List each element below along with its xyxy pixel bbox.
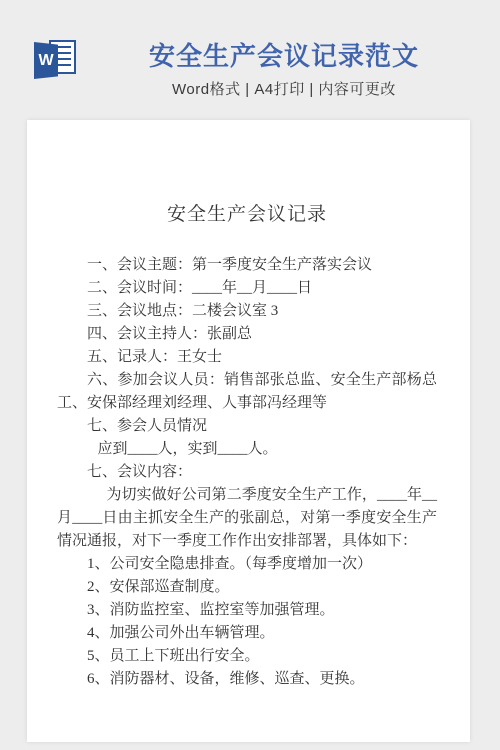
header: W 安全生产会议记录范文 Word格式 | A4打印 | 内容可更改 <box>0 0 500 120</box>
doc-paragraph: 二、会议时间：____年__月____日 <box>57 277 437 300</box>
document-body: 一、会议主题：第一季度安全生产落实会议二、会议时间：____年__月____日三… <box>57 254 437 691</box>
header-text-block: 安全生产会议记录范文 Word格式 | A4打印 | 内容可更改 <box>78 40 490 99</box>
word-w-badge-icon: W <box>34 42 58 79</box>
doc-paragraph: 五、记录人：王女士 <box>57 346 437 369</box>
doc-paragraph: 6、消防器材、设备，维修、巡查、更换。 <box>57 668 437 691</box>
doc-paragraph: 一、会议主题：第一季度安全生产落实会议 <box>57 254 437 277</box>
doc-paragraph: 1、公司安全隐患排查。（每季度增加一次） <box>57 553 437 576</box>
doc-paragraph: 三、会议地点：二楼会议室 3 <box>57 300 437 323</box>
word-file-icon: W <box>34 40 78 80</box>
doc-paragraph: 四、会议主持人：张副总 <box>57 323 437 346</box>
doc-paragraph: 为切实做好公司第二季度安全生产工作，____年__月____日由主抓安全生产的张… <box>57 484 437 553</box>
doc-paragraph: 七、参会人员情况 <box>57 415 437 438</box>
doc-paragraph: 3、消防监控室、监控室等加强管理。 <box>57 599 437 622</box>
doc-paragraph: 应到____人，实到____人。 <box>57 438 437 461</box>
document-title: 安全生产会议记录 <box>57 203 437 227</box>
doc-paragraph: 六、参加会议人员：销售部张总监、安全生产部杨总工、安保部经理刘经理、人事部冯经理… <box>57 369 437 415</box>
document-page: 安全生产会议记录 一、会议主题：第一季度安全生产落实会议二、会议时间：____年… <box>27 120 470 742</box>
doc-paragraph: 七、会议内容： <box>57 461 437 484</box>
doc-paragraph: 4、加强公司外出车辆管理。 <box>57 622 437 645</box>
template-subtitle: Word格式 | A4打印 | 内容可更改 <box>78 78 490 99</box>
template-preview-screen: W 安全生产会议记录范文 Word格式 | A4打印 | 内容可更改 安全生产会… <box>0 0 500 750</box>
doc-paragraph: 5、员工上下班出行安全。 <box>57 645 437 668</box>
doc-paragraph: 2、安保部巡查制度。 <box>57 576 437 599</box>
template-title: 安全生产会议记录范文 <box>78 42 490 70</box>
